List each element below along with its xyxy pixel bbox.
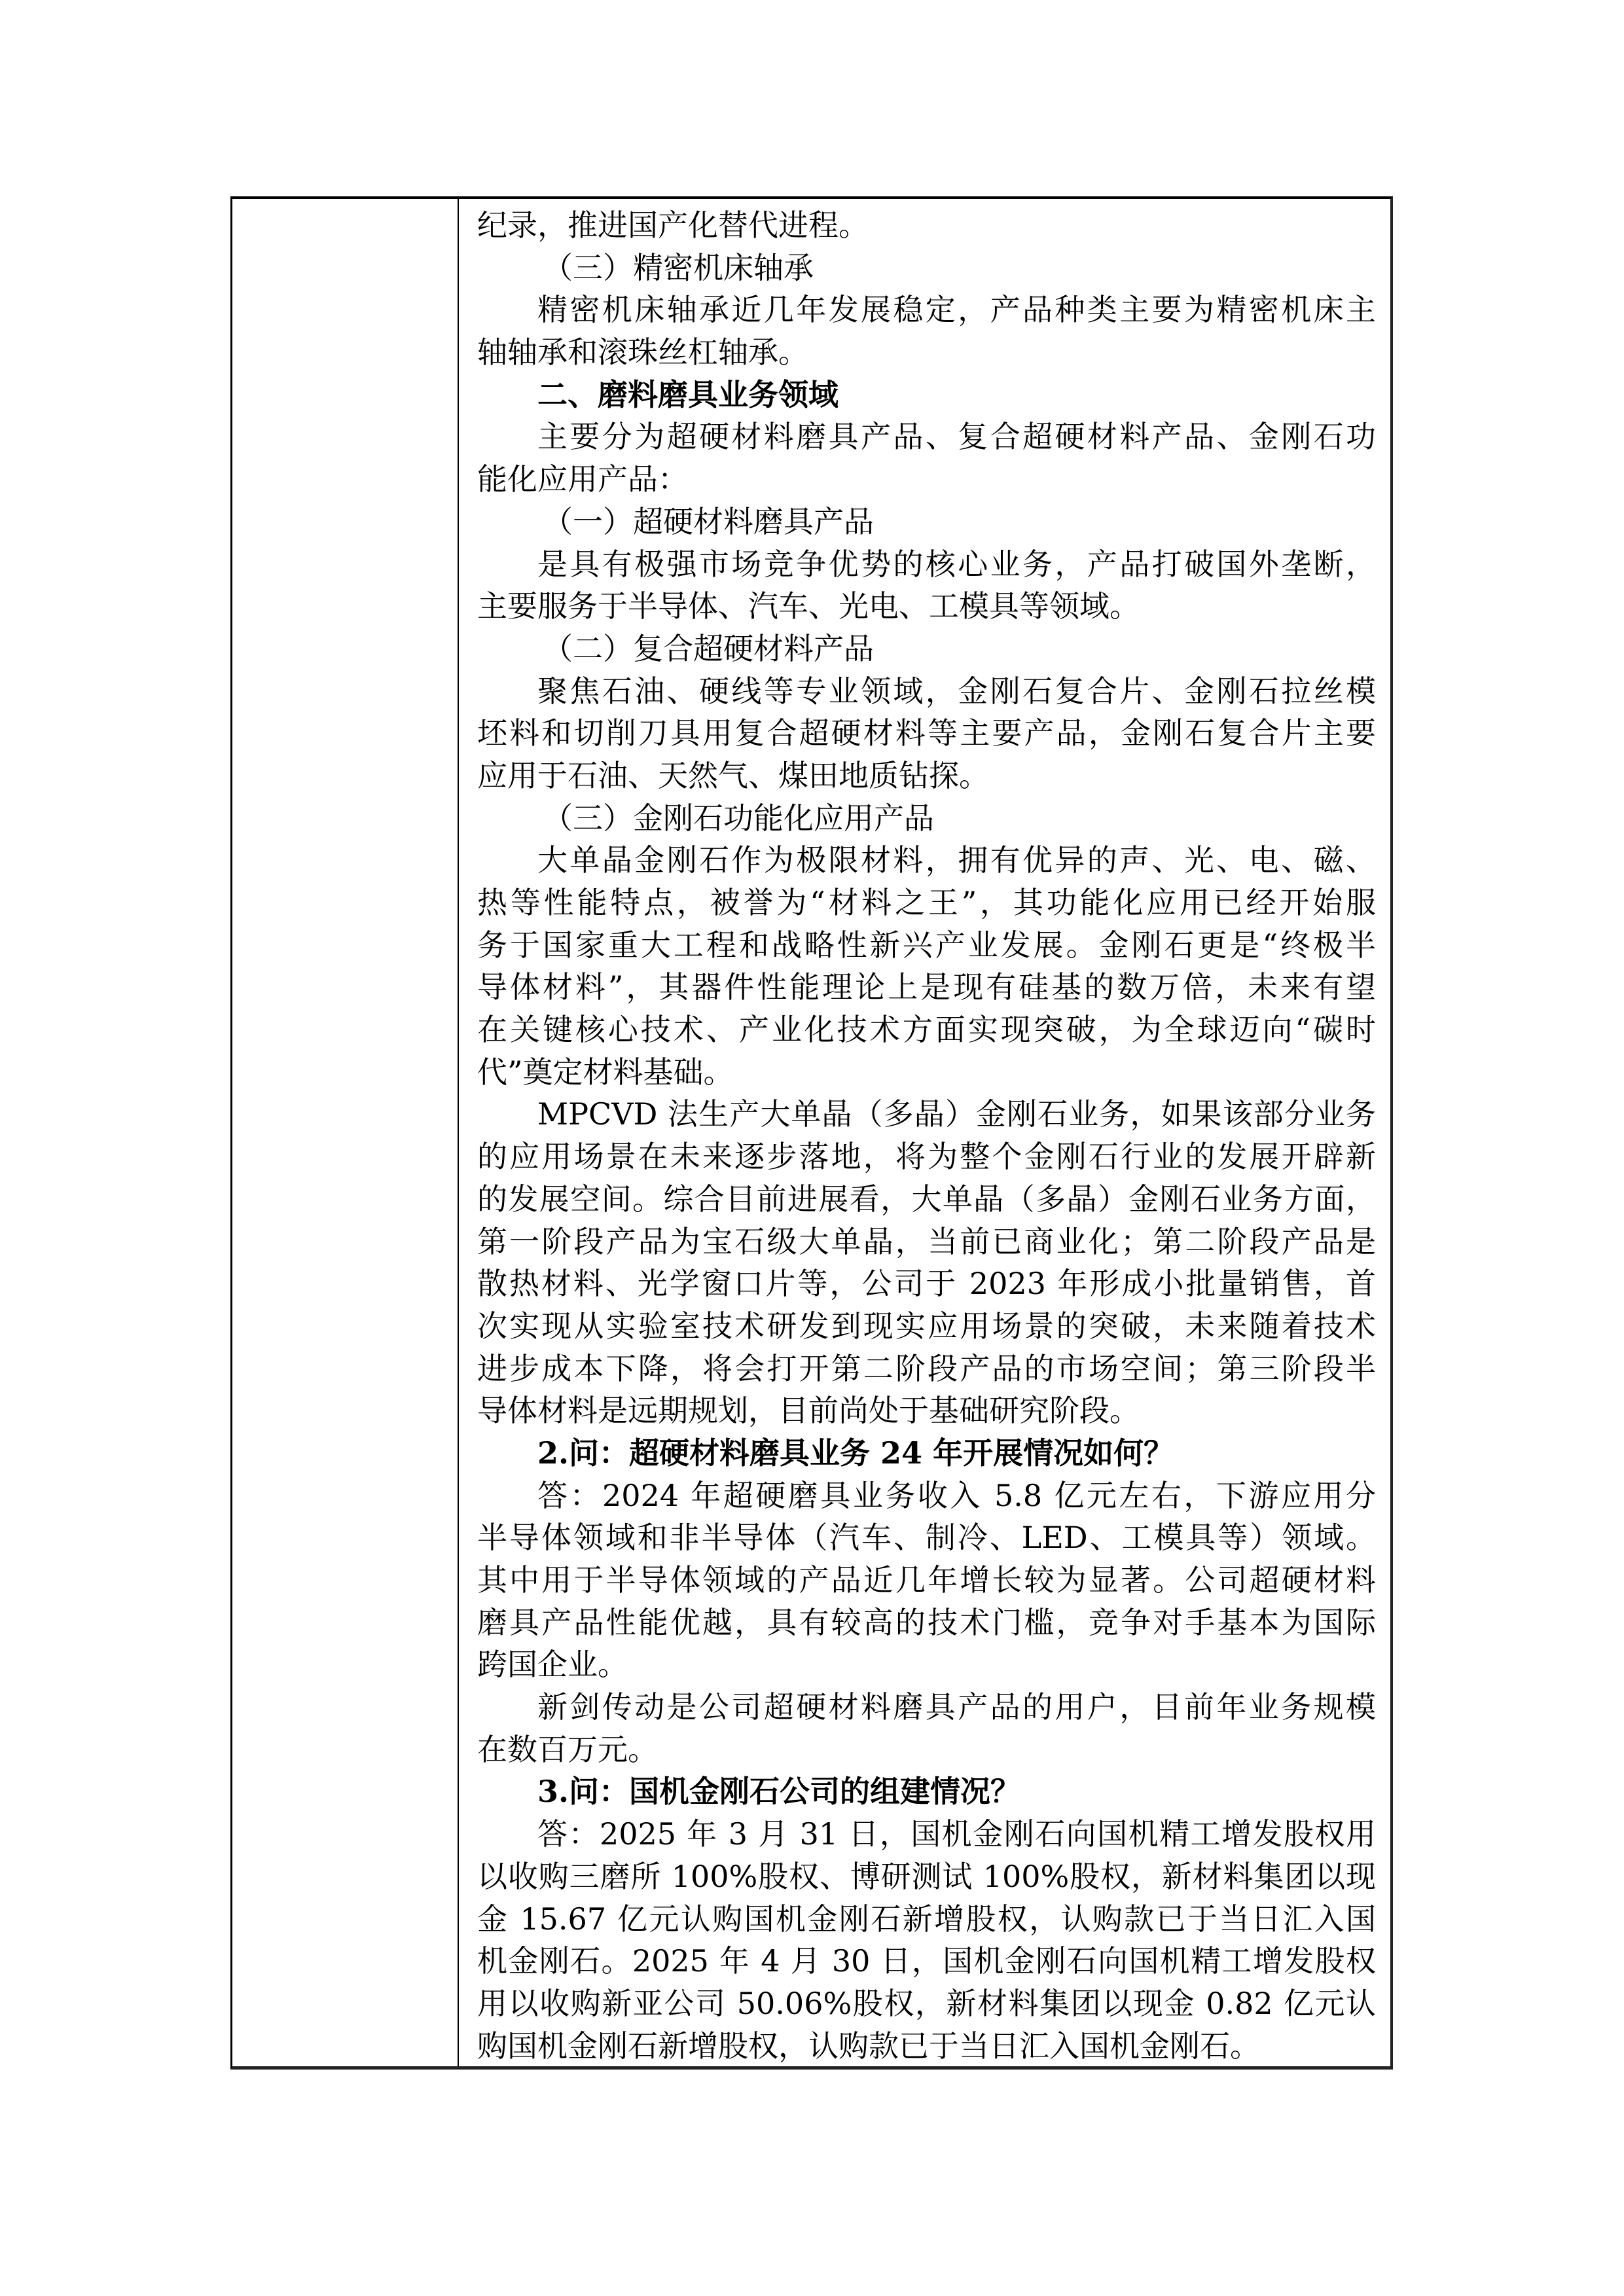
text-line: 新剑传动是公司超硬材料磨具产品的用户，目前年业务规模: [477, 1686, 1376, 1729]
text-line: 在数百万元。: [477, 1729, 1376, 1771]
text-line: 轴轴承和滚珠丝杠轴承。: [477, 331, 1376, 374]
text-line: 精密机床轴承近几年发展稳定，产品种类主要为精密机床主: [477, 289, 1376, 331]
text-line: 其中用于半导体领域的产品近几年增长较为显著。公司超硬材料: [477, 1559, 1376, 1602]
text-line: 散热材料、光学窗口片等，公司于 2023 年形成小批量销售，首: [477, 1263, 1376, 1305]
text-line: 主要分为超硬材料磨具产品、复合超硬材料产品、金刚石功: [477, 416, 1376, 458]
text-line: 第一阶段产品为宝石级大单晶，当前已商业化；第二阶段产品是: [477, 1221, 1376, 1263]
text-line: 代”奠定材料基础。: [477, 1051, 1376, 1094]
text-line: 用以收购新亚公司 50.06%股权，新材料集团以现金 0.82 亿元认: [477, 1982, 1376, 2025]
text-line: 跨国企业。: [477, 1643, 1376, 1686]
text-line: 是具有极强市场竞争优势的核心业务，产品打破国外垄断，: [477, 543, 1376, 586]
text-line: 进步成本下降，将会打开第二阶段产品的市场空间；第三阶段半: [477, 1348, 1376, 1390]
text-line: 购国机金刚石新增股权，认购款已于当日汇入国机金刚石。: [477, 2025, 1376, 2068]
text-line: 导体材料”，其器件性能理论上是现有硅基的数万倍，未来有望: [477, 966, 1376, 1009]
text-line: 机金刚石。2025 年 4 月 30 日，国机金刚石向国机精工增发股权: [477, 1940, 1376, 1982]
text-line: 能化应用产品：: [477, 458, 1376, 501]
content-table: 纪录，推进国产化替代进程。（三）精密机床轴承精密机床轴承近几年发展稳定，产品种类…: [230, 196, 1393, 2070]
text-line: 主要服务于半导体、汽车、光电、工模具等领域。: [477, 585, 1376, 628]
subsection-heading: （二）复合超硬材料产品: [477, 628, 1376, 670]
text-line: 答：2025 年 3 月 31 日，国机金刚石向国机精工增发股权用: [477, 1813, 1376, 1856]
text-line: 金 15.67 亿元认购国机金刚石新增股权，认购款已于当日汇入国: [477, 1898, 1376, 1941]
text-line: MPCVD 法生产大单晶（多晶）金刚石业务，如果该部分业务: [477, 1093, 1376, 1136]
subsection-heading: （三）金刚石功能化应用产品: [477, 797, 1376, 840]
subsection-heading: （一）超硬材料磨具产品: [477, 501, 1376, 543]
table-left-column: [232, 199, 459, 2066]
text-line: 大单晶金刚石作为极限材料，拥有优异的声、光、电、磁、: [477, 839, 1376, 882]
text-line: 务于国家重大工程和战略性新兴产业发展。金刚石更是“终极半: [477, 924, 1376, 967]
text-line: 磨具产品性能优越，具有较高的技术门槛，竞争对手基本为国际: [477, 1602, 1376, 1644]
text-line: 在关键核心技术、产业化技术方面实现突破，为全球迈向“碳时: [477, 1009, 1376, 1051]
document-page: 纪录，推进国产化替代进程。（三）精密机床轴承精密机床轴承近几年发展稳定，产品种类…: [0, 0, 1624, 2296]
table-right-column: 纪录，推进国产化替代进程。（三）精密机床轴承精密机床轴承近几年发展稳定，产品种类…: [460, 199, 1390, 2066]
subsection-heading: （三）精密机床轴承: [477, 247, 1376, 289]
text-line: 热等性能特点，被誉为“材料之王”，其功能化应用已经开始服: [477, 882, 1376, 924]
text-line: 应用于石油、天然气、煤田地质钻探。: [477, 755, 1376, 797]
text-line: 半导体领域和非半导体（汽车、制冷、LED、工模具等）领域。: [477, 1516, 1376, 1559]
section-heading: 3.问：国机金刚石公司的组建情况？: [477, 1770, 1376, 1813]
text-line: 纪录，推进国产化替代进程。: [477, 204, 1376, 247]
text-line: 答：2024 年超硬磨具业务收入 5.8 亿元左右，下游应用分: [477, 1475, 1376, 1517]
section-heading: 2.问：超硬材料磨具业务 24 年开展情况如何？: [477, 1432, 1376, 1475]
text-line: 次实现从实验室技术研发到现实应用场景的突破，未来随着技术: [477, 1305, 1376, 1348]
text-line: 的应用场景在未来逐步落地，将为整个金刚石行业的发展开辟新: [477, 1136, 1376, 1178]
text-line: 的发展空间。综合目前进展看，大单晶（多晶）金刚石业务方面，: [477, 1178, 1376, 1221]
text-line: 导体材料是远期规划，目前尚处于基础研究阶段。: [477, 1390, 1376, 1432]
text-line: 聚焦石油、硬线等专业领域，金刚石复合片、金刚石拉丝模: [477, 670, 1376, 713]
text-line: 坯料和切削刀具用复合超硬材料等主要产品，金刚石复合片主要: [477, 712, 1376, 755]
text-line: 以收购三磨所 100%股权、博研测试 100%股权，新材料集团以现: [477, 1856, 1376, 1898]
section-heading: 二、磨料磨具业务领域: [477, 374, 1376, 416]
